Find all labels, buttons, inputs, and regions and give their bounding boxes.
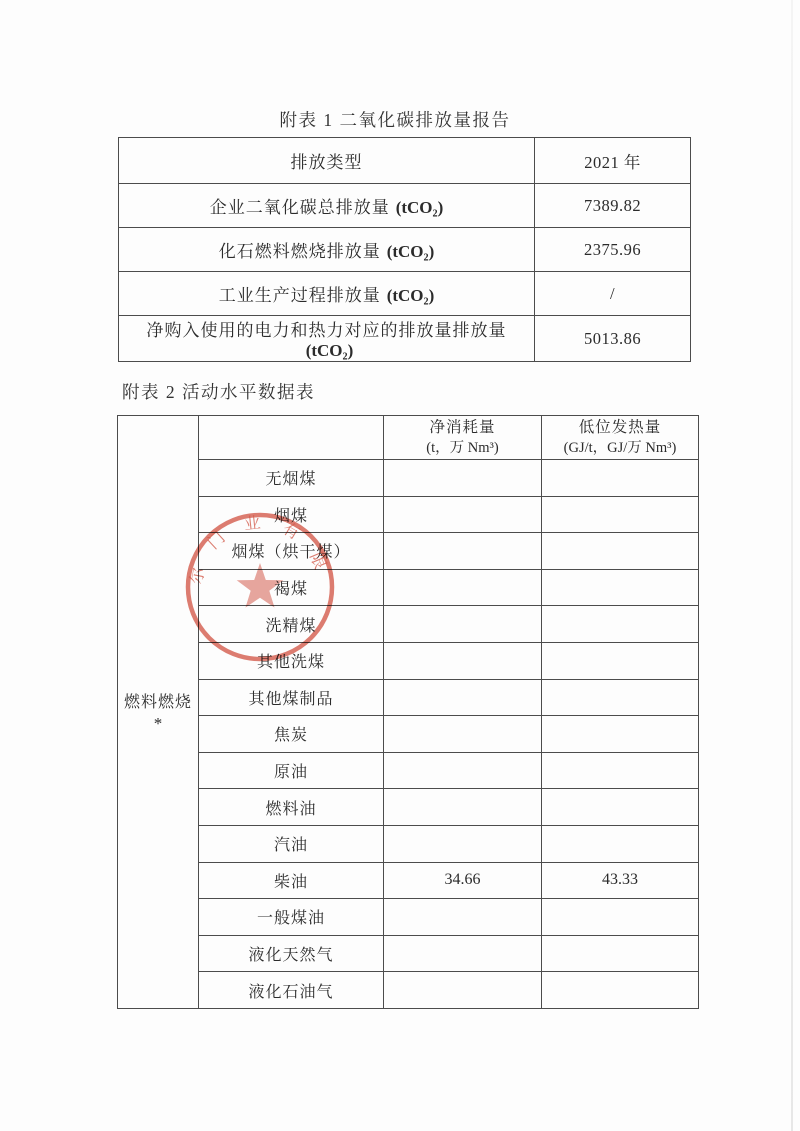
emission-row: 企业二氧化碳总排放量(tCO₂) 7389.82 [119, 184, 691, 228]
fuel-category-label: 燃料燃烧 [122, 691, 194, 715]
heat-value-cell [542, 716, 699, 753]
heat-value-cell [542, 642, 699, 679]
scan-edge-shadow [791, 0, 793, 1131]
fuel-name-cell: 燃料油 [199, 789, 384, 826]
consumption-cell [384, 899, 542, 936]
heat-value-cell [542, 569, 699, 606]
fuel-name-cell: 液化天然气 [199, 935, 384, 972]
consumption-cell [384, 642, 542, 679]
heat-value-cell [542, 752, 699, 789]
emission-value-cell: 5013.86 [535, 316, 691, 362]
fuel-name-cell: 柴油 [199, 862, 384, 899]
heat-value-cell [542, 825, 699, 862]
fuel-row: 无烟煤 [118, 460, 699, 497]
emission-unit: (tCO₂) [387, 286, 435, 305]
fuel-row: 洗精煤 [118, 606, 699, 643]
consumption-cell [384, 460, 542, 497]
heat-value-cell [542, 496, 699, 533]
table2-header-row: 燃料燃烧 * 净消耗量 (t，万 Nm³) 低位发热量 (GJ/t，GJ/万 N… [118, 416, 699, 460]
consumption-cell [384, 533, 542, 570]
fuel-row: 烟煤 [118, 496, 699, 533]
consumption-cell [384, 752, 542, 789]
emission-value-cell: 7389.82 [535, 184, 691, 228]
fuel-row: 液化石油气 [118, 972, 699, 1009]
consumption-cell [384, 496, 542, 533]
fuel-row: 液化天然气 [118, 935, 699, 972]
heat-value-cell [542, 679, 699, 716]
fuel-row: 褐煤 [118, 569, 699, 606]
consumption-header-unit: (t，万 Nm³) [388, 439, 537, 457]
fuel-row: 燃料油 [118, 789, 699, 826]
table1-header-row: 排放类型 2021 年 [119, 138, 691, 184]
consumption-cell [384, 935, 542, 972]
fuel-category-asterisk: * [122, 715, 194, 732]
emission-row: 净购入使用的电力和热力对应的排放量排放量(tCO₂) 5013.86 [119, 316, 691, 362]
heat-value-cell [542, 935, 699, 972]
fuel-name-cell: 其他煤制品 [199, 679, 384, 716]
fuel-name-cell: 无烟煤 [199, 460, 384, 497]
heat-value-cell [542, 972, 699, 1009]
emission-row: 化石燃料燃烧排放量(tCO₂) 2375.96 [119, 228, 691, 272]
fuel-name-cell: 褐煤 [199, 569, 384, 606]
fuel-name-cell: 一般煤油 [199, 899, 384, 936]
scanned-document-page: 附表 1 二氧化碳排放量报告 排放类型 2021 年 企业二氧化碳总排放量(tC… [0, 0, 800, 1131]
consumption-header-cell: 净消耗量 (t，万 Nm³) [384, 416, 542, 460]
fuel-name-cell: 洗精煤 [199, 606, 384, 643]
fuel-name-header-cell [199, 416, 384, 460]
emission-value-cell: 2375.96 [535, 228, 691, 272]
table2-title: 附表 2 活动水平数据表 [122, 379, 315, 404]
fuel-name-cell: 烟煤 [199, 496, 384, 533]
heat-value-cell [542, 789, 699, 826]
heat-value-cell [542, 606, 699, 643]
heat-header-cell: 低位发热量 (GJ/t，GJ/万 Nm³) [542, 416, 699, 460]
emission-unit: (tCO₂) [387, 242, 435, 261]
emission-row: 工业生产过程排放量(tCO₂) / [119, 272, 691, 316]
fuel-name-cell: 原油 [199, 752, 384, 789]
emission-unit: (tCO₂) [306, 341, 354, 360]
consumption-cell [384, 825, 542, 862]
fuel-row: 汽油 [118, 825, 699, 862]
fuel-row: 原油 [118, 752, 699, 789]
consumption-cell [384, 569, 542, 606]
emission-unit: (tCO₂) [396, 198, 444, 217]
emission-value-cell: / [535, 272, 691, 316]
emission-type-cell: 净购入使用的电力和热力对应的排放量排放量(tCO₂) [119, 316, 535, 362]
emission-type-cell: 工业生产过程排放量(tCO₂) [119, 272, 535, 316]
consumption-cell [384, 679, 542, 716]
table1-title: 附表 1 二氧化碳排放量报告 [118, 107, 672, 132]
fuel-row: 柴油 34.66 43.33 [118, 862, 699, 899]
consumption-header-title: 净消耗量 [388, 418, 537, 439]
consumption-cell: 34.66 [384, 862, 542, 899]
emission-type-label: 净购入使用的电力和热力对应的排放量排放量 [147, 321, 507, 340]
heat-value-cell [542, 460, 699, 497]
emission-type-cell: 化石燃料燃烧排放量(tCO₂) [119, 228, 535, 272]
consumption-cell [384, 716, 542, 753]
fuel-row: 焦炭 [118, 716, 699, 753]
consumption-cell [384, 606, 542, 643]
emission-type-cell: 企业二氧化碳总排放量(tCO₂) [119, 184, 535, 228]
heat-header-title: 低位发热量 [546, 418, 694, 439]
table1-header-year: 2021 年 [535, 138, 691, 184]
table1-header-type: 排放类型 [119, 138, 535, 184]
fuel-name-cell: 烟煤（烘干煤） [199, 533, 384, 570]
emission-type-label: 化石燃料燃烧排放量 [219, 242, 381, 261]
emission-type-label: 工业生产过程排放量 [219, 286, 381, 305]
heat-header-unit: (GJ/t，GJ/万 Nm³) [546, 439, 694, 457]
fuel-row: 一般煤油 [118, 899, 699, 936]
fuel-name-cell: 其他洗煤 [199, 642, 384, 679]
heat-value-cell [542, 533, 699, 570]
consumption-cell [384, 972, 542, 1009]
fuel-row: 烟煤（烘干煤） [118, 533, 699, 570]
fuel-name-cell: 汽油 [199, 825, 384, 862]
co2-emission-report-table: 排放类型 2021 年 企业二氧化碳总排放量(tCO₂) 7389.82 化石燃… [118, 137, 691, 362]
fuel-name-cell: 液化石油气 [199, 972, 384, 1009]
activity-level-data-table: 燃料燃烧 * 净消耗量 (t，万 Nm³) 低位发热量 (GJ/t，GJ/万 N… [117, 415, 699, 1009]
emission-type-label: 企业二氧化碳总排放量 [210, 198, 390, 217]
fuel-category-cell: 燃料燃烧 * [118, 416, 199, 1009]
fuel-row: 其他煤制品 [118, 679, 699, 716]
fuel-row: 其他洗煤 [118, 642, 699, 679]
consumption-cell [384, 789, 542, 826]
heat-value-cell: 43.33 [542, 862, 699, 899]
heat-value-cell [542, 899, 699, 936]
fuel-name-cell: 焦炭 [199, 716, 384, 753]
